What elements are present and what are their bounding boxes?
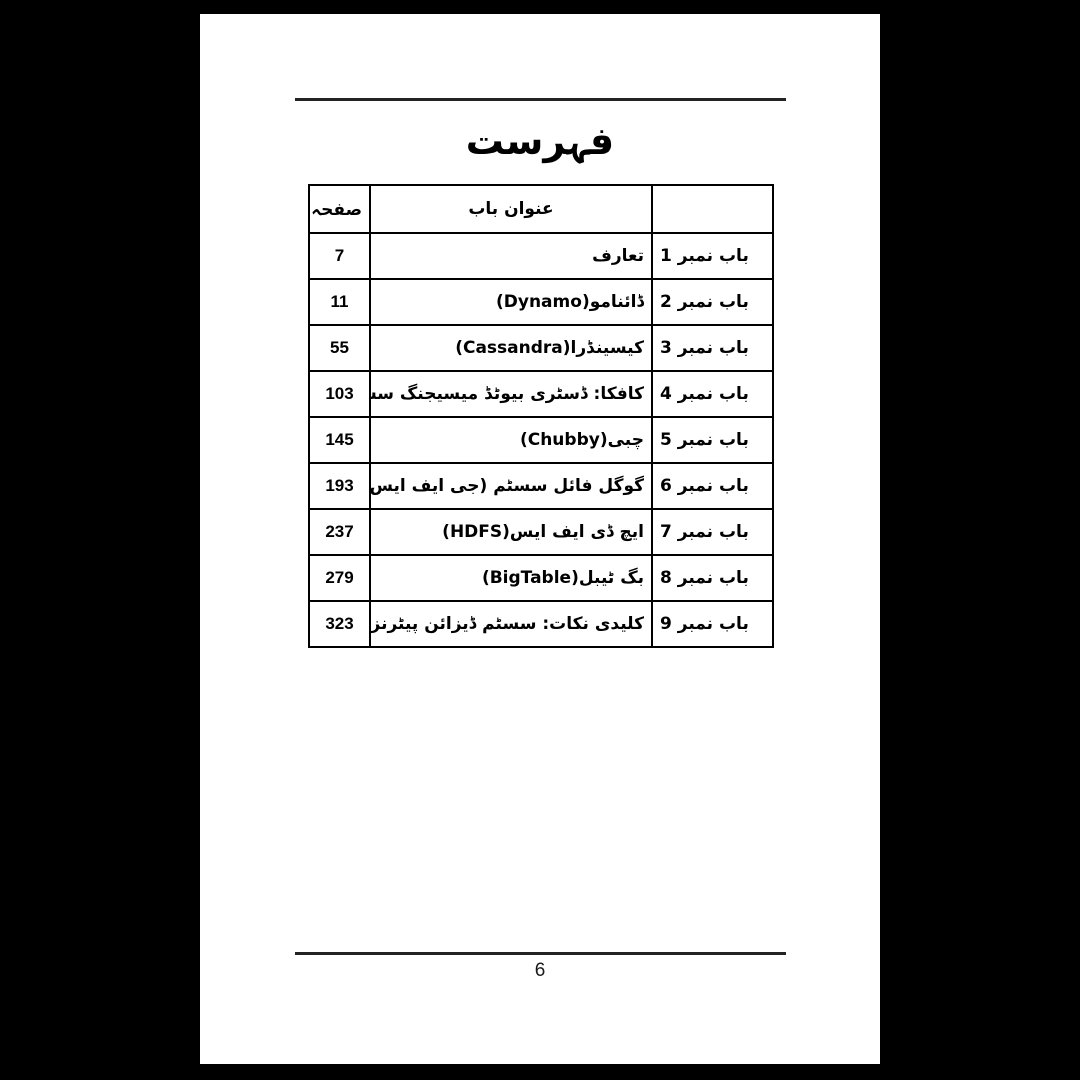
header-title-cell: عنوان باب — [370, 185, 652, 233]
title-cell: کلیدی نکات: سسٹم ڈیزائن پیٹرنز — [370, 601, 652, 647]
footer-rule — [295, 952, 786, 955]
toc-table: عنوان باب صفحہ نمبر باب نمبر 1 تعارف 7 ب… — [308, 184, 774, 648]
page-number-cell: 237 — [309, 509, 370, 555]
book-page: فہرست عنوان باب صفحہ نمبر باب نمبر 1 تعا… — [200, 14, 880, 1064]
page-number-cell: 193 — [309, 463, 370, 509]
header-chapter-cell — [652, 185, 773, 233]
chapter-cell: باب نمبر 4 — [652, 371, 773, 417]
toc-row: باب نمبر 1 تعارف 7 — [309, 233, 773, 279]
title-cell: کیسینڈرا(Cassandra) — [370, 325, 652, 371]
toc-row: باب نمبر 4 کافکا: ڈسٹری بیوٹڈ میسیجنگ سس… — [309, 371, 773, 417]
footer-page-number: 6 — [200, 960, 880, 982]
title-cell: تعارف — [370, 233, 652, 279]
toc-header-row: عنوان باب صفحہ نمبر — [309, 185, 773, 233]
chapter-cell: باب نمبر 3 — [652, 325, 773, 371]
page-title: فہرست — [200, 114, 880, 168]
chapter-cell: باب نمبر 8 — [652, 555, 773, 601]
title-cell: چبی(Chubby) — [370, 417, 652, 463]
page-number-cell: 145 — [309, 417, 370, 463]
toc-row: باب نمبر 9 کلیدی نکات: سسٹم ڈیزائن پیٹرن… — [309, 601, 773, 647]
header-rule — [295, 98, 786, 101]
page-number-cell: 323 — [309, 601, 370, 647]
toc-row: باب نمبر 7 ایچ ڈی ایف ایس(HDFS) 237 — [309, 509, 773, 555]
toc-row: باب نمبر 5 چبی(Chubby) 145 — [309, 417, 773, 463]
header-page-cell: صفحہ نمبر — [309, 185, 370, 233]
page-number-cell: 11 — [309, 279, 370, 325]
chapter-cell: باب نمبر 5 — [652, 417, 773, 463]
chapter-cell: باب نمبر 9 — [652, 601, 773, 647]
toc-row: باب نمبر 8 بگ ٹیبل(BigTable) 279 — [309, 555, 773, 601]
title-cell: بگ ٹیبل(BigTable) — [370, 555, 652, 601]
title-cell: ڈائنامو(Dynamo) — [370, 279, 652, 325]
chapter-cell: باب نمبر 6 — [652, 463, 773, 509]
chapter-cell: باب نمبر 2 — [652, 279, 773, 325]
page-number-cell: 55 — [309, 325, 370, 371]
page-number-cell: 7 — [309, 233, 370, 279]
page-number-cell: 279 — [309, 555, 370, 601]
toc-row: باب نمبر 3 کیسینڈرا(Cassandra) 55 — [309, 325, 773, 371]
toc-row: باب نمبر 2 ڈائنامو(Dynamo) 11 — [309, 279, 773, 325]
page-number-cell: 103 — [309, 371, 370, 417]
chapter-cell: باب نمبر 7 — [652, 509, 773, 555]
title-cell: کافکا: ڈسٹری بیوٹڈ میسیجنگ سسٹم — [370, 371, 652, 417]
title-cell: گوگل فائل سسٹم (جی ایف ایس) — [370, 463, 652, 509]
toc-row: باب نمبر 6 گوگل فائل سسٹم (جی ایف ایس) 1… — [309, 463, 773, 509]
title-cell: ایچ ڈی ایف ایس(HDFS) — [370, 509, 652, 555]
chapter-cell: باب نمبر 1 — [652, 233, 773, 279]
